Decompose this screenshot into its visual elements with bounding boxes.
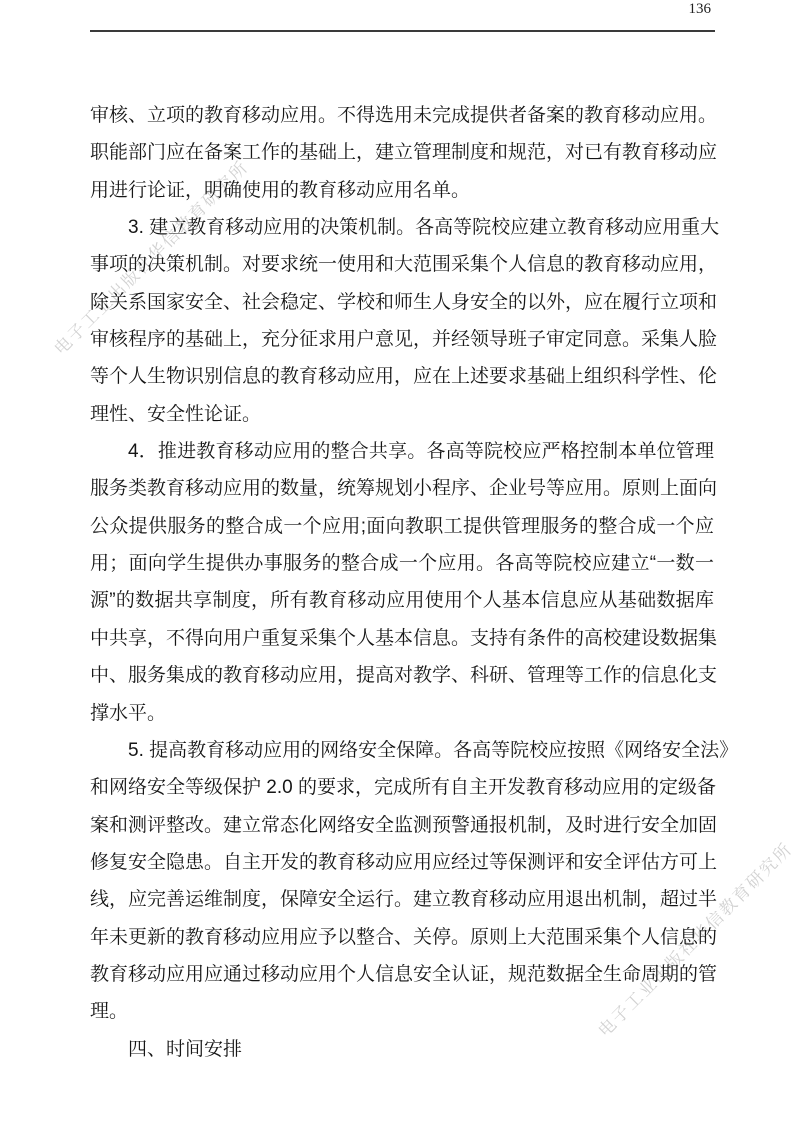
text-line: 教育移动应用应通过移动应用个人信息安全认证，规范数据全生命周期的管 bbox=[90, 956, 714, 993]
document-page: 136 电子工业出版社华信教育研究所 电子工业出版社华信教育研究所 审核、立项的… bbox=[0, 0, 793, 1122]
text-line: 3. 建立教育移动应用的决策机制。各高等院校应建立教育移动应用重大 bbox=[90, 209, 714, 246]
text-line: 公众提供服务的整合成一个应用;面向教职工提供管理服务的整合成一个应 bbox=[90, 508, 714, 545]
text-line: 4．推进教育移动应用的整合共享。各高等院校应严格控制本单位管理 bbox=[90, 433, 714, 470]
paragraph: 3. 建立教育移动应用的决策机制。各高等院校应建立教育移动应用重大事项的决策机制… bbox=[90, 209, 714, 433]
text-line: 四、时间安排 bbox=[90, 1031, 714, 1068]
text-line: 撑水平。 bbox=[90, 695, 714, 732]
text-line: 案和测评整改。建立常态化网络安全监测预警通报机制，及时进行安全加固 bbox=[90, 807, 714, 844]
text-line: 职能部门应在备案工作的基础上，建立管理制度和规范，对已有教育移动应 bbox=[90, 134, 714, 171]
text-line: 5. 提高教育移动应用的网络安全保障。各高等院校应按照《网络安全法》 bbox=[90, 732, 714, 769]
text-line: 源”的数据共享制度，所有教育移动应用使用个人基本信息应从基础数据库 bbox=[90, 582, 714, 619]
text-line: 理性、安全性论证。 bbox=[90, 396, 714, 433]
text-line: 中共享，不得向用户重复采集个人基本信息。支持有条件的高校建设数据集 bbox=[90, 620, 714, 657]
text-line: 服务类教育移动应用的数量，统筹规划小程序、企业号等应用。原则上面向 bbox=[90, 470, 714, 507]
paragraph: 审核、立项的教育移动应用。不得选用未完成提供者备案的教育移动应用。职能部门应在备… bbox=[90, 97, 714, 209]
text-line: 线，应完善运维制度，保障安全运行。建立教育移动应用退出机制，超过半 bbox=[90, 881, 714, 918]
section-heading: 四、时间安排 bbox=[90, 1031, 714, 1068]
text-line: 用；面向学生提供办事服务的整合成一个应用。各高等院校应建立“一数一 bbox=[90, 545, 714, 582]
text-line: 除关系国家安全、社会稳定、学校和师生人身安全的以外，应在履行立项和 bbox=[90, 284, 714, 321]
text-line: 理。 bbox=[90, 993, 714, 1030]
page-number: 136 bbox=[689, 1, 712, 18]
document-body: 审核、立项的教育移动应用。不得选用未完成提供者备案的教育移动应用。职能部门应在备… bbox=[90, 97, 714, 1068]
paragraph: 5. 提高教育移动应用的网络安全保障。各高等院校应按照《网络安全法》和网络安全等… bbox=[90, 732, 714, 1031]
text-line: 审核程序的基础上，充分征求用户意见，并经领导班子审定同意。采集人脸 bbox=[90, 321, 714, 358]
text-line: 等个人生物识别信息的教育移动应用，应在上述要求基础上组织科学性、伦 bbox=[90, 358, 714, 395]
text-line: 审核、立项的教育移动应用。不得选用未完成提供者备案的教育移动应用。 bbox=[90, 97, 714, 134]
text-line: 事项的决策机制。对要求统一使用和大范围采集个人信息的教育移动应用， bbox=[90, 246, 714, 283]
text-line: 修复安全隐患。自主开发的教育移动应用应经过等保测评和安全评估方可上 bbox=[90, 844, 714, 881]
paragraph: 4．推进教育移动应用的整合共享。各高等院校应严格控制本单位管理服务类教育移动应用… bbox=[90, 433, 714, 732]
text-line: 和网络安全等级保护 2.0 的要求，完成所有自主开发教育移动应用的定级备 bbox=[90, 769, 714, 806]
text-line: 中、服务集成的教育移动应用，提高对教学、科研、管理等工作的信息化支 bbox=[90, 657, 714, 694]
text-line: 年未更新的教育移动应用应予以整合、关停。原则上大范围采集个人信息的 bbox=[90, 919, 714, 956]
text-line: 用进行论证，明确使用的教育移动应用名单。 bbox=[90, 172, 714, 209]
header-rule bbox=[90, 30, 715, 32]
